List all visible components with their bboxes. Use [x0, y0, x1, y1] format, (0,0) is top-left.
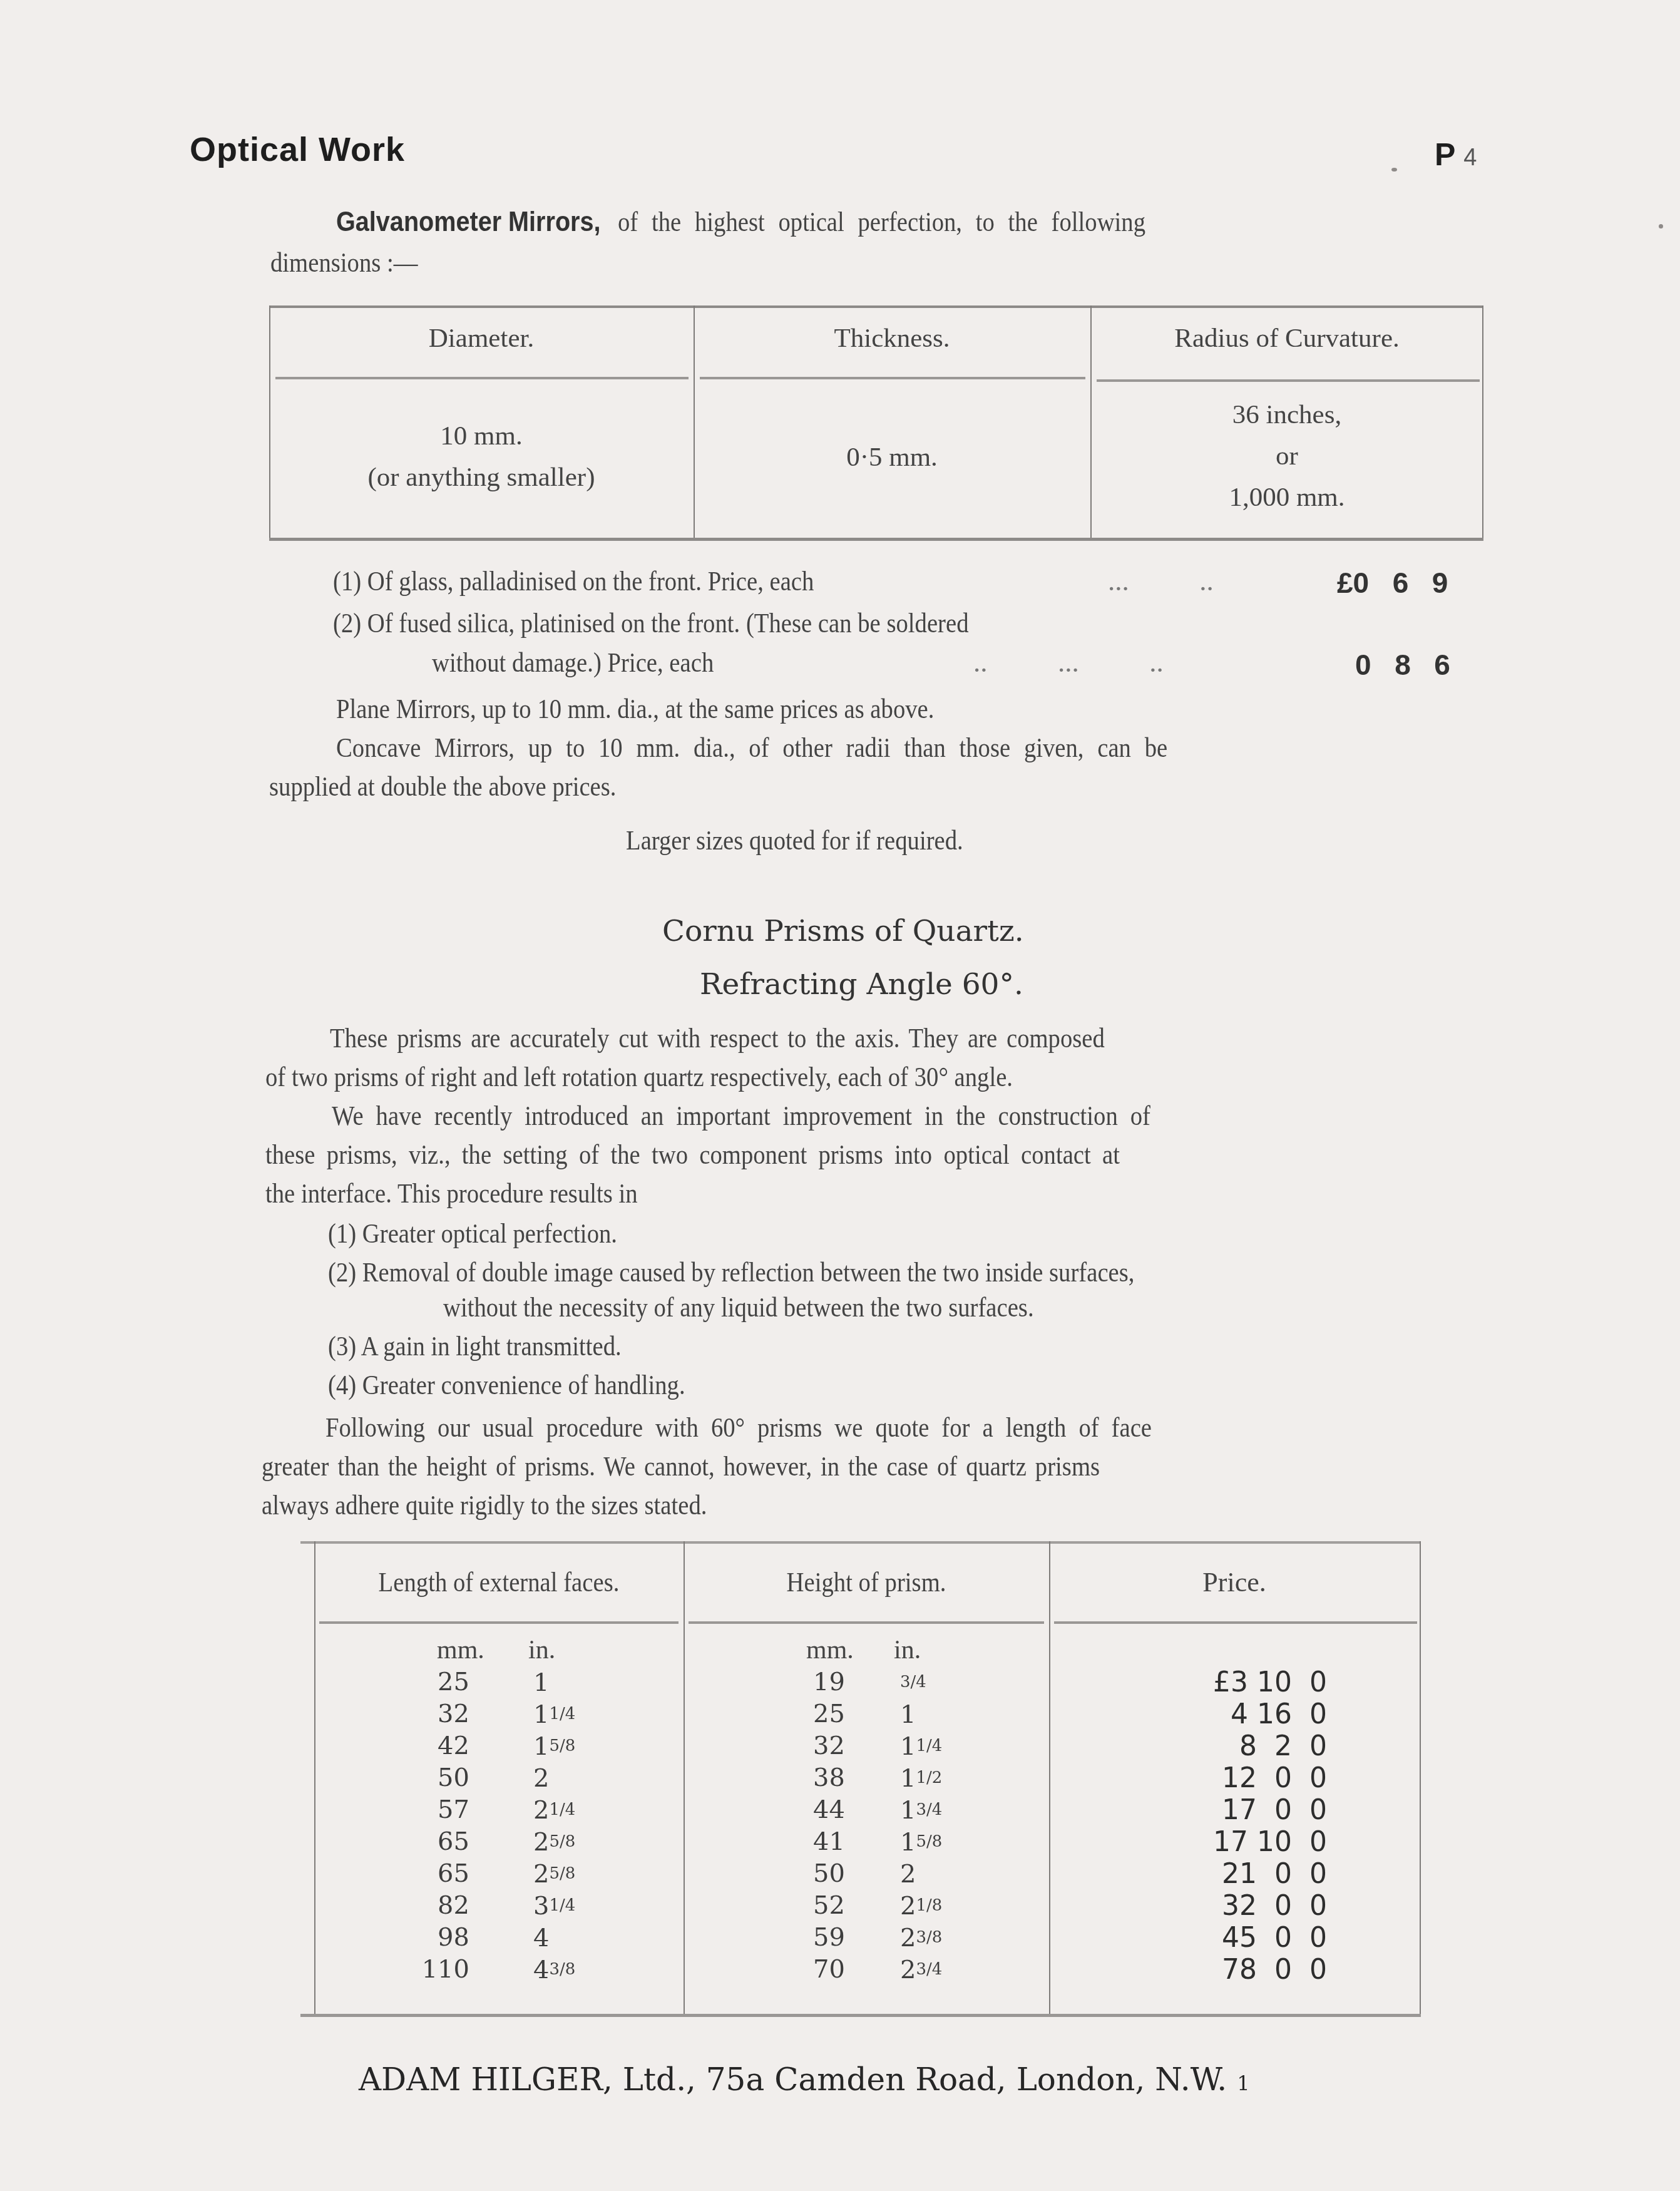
length-in-fraction: 1/4: [549, 1896, 575, 1915]
diameter-line: 10 mm.: [269, 416, 694, 457]
length-in-whole: 2: [533, 1764, 549, 1793]
radius-line: 1,000 mm.: [1090, 477, 1483, 518]
table-rule: [319, 1621, 679, 1624]
cornu-para1-line2: of two prisms of right and left rotation…: [265, 1063, 1013, 1091]
height-in: 23/4: [900, 1954, 950, 1986]
radius-value: 36 inches, or 1,000 mm.: [1090, 394, 1483, 518]
table-rule: [700, 377, 1085, 379]
length-in-fraction: 3/8: [549, 1960, 575, 1979]
length-mm: 42: [407, 1730, 469, 1762]
height-in: 11/2: [900, 1762, 950, 1795]
galvanometer-heading: Galvanometer Mirrors,: [336, 207, 601, 238]
cornu-subtitle: Refracting Angle 60°.: [700, 967, 1023, 1002]
cornu-para2-line3: the interface. This procedure results in: [265, 1179, 638, 1208]
length-in: 2: [533, 1762, 583, 1795]
radius-line: or: [1090, 436, 1483, 477]
item-silica-text: (2) Of fused silica, platinised on the f…: [333, 609, 969, 637]
length-mm: 25: [407, 1666, 469, 1698]
height-mm: 44: [782, 1794, 845, 1826]
length-in-whole: 1: [533, 1732, 549, 1761]
height-in: 1: [900, 1698, 950, 1731]
height-in: 2: [900, 1858, 950, 1891]
height-in: 13/4: [900, 1794, 950, 1827]
length-in-fraction: 5/8: [549, 1832, 575, 1851]
height-in: 15/8: [900, 1826, 950, 1859]
header-price: Price.: [1049, 1566, 1420, 1598]
height-in-whole: 1: [900, 1764, 916, 1793]
height-mm: 70: [782, 1954, 845, 1986]
publisher-footer: ADAM HILGER, Ltd., 75a Camden Road, Lond…: [359, 2061, 1250, 2098]
table-rule: [269, 305, 1483, 308]
length-in-fraction: 5/8: [549, 1864, 575, 1883]
item-glass-text: (1) Of glass, palladinised on the front.…: [333, 567, 814, 595]
result-item-4: (4) Greater convenience of handling.: [328, 1371, 685, 1399]
length-mm: 57: [407, 1794, 469, 1826]
height-in-fraction: 1/4: [916, 1737, 942, 1755]
length-in-whole: 2: [533, 1796, 549, 1825]
length-in: 31/4: [533, 1890, 583, 1922]
note-plane-mirrors: Plane Mirrors, up to 10 mm. dia., at the…: [336, 695, 934, 723]
height-mm: 52: [782, 1890, 845, 1922]
length-mm: 32: [407, 1698, 469, 1730]
table-rule: [1097, 379, 1480, 382]
table-rule: [314, 1541, 315, 2014]
table-rule: [300, 1541, 1421, 1544]
height-in-fraction: 3/4: [916, 1960, 942, 1979]
height-in: 3/4: [900, 1666, 950, 1699]
cornu-para2-line2: these prisms, viz., the setting of the t…: [265, 1141, 1120, 1169]
diameter-value: 10 mm. (or anything smaller): [269, 416, 694, 498]
length-in-fraction: 5/8: [549, 1737, 575, 1755]
length-in-fraction: 1/4: [549, 1705, 575, 1723]
height-in-whole: 2: [900, 1924, 916, 1952]
header-diameter: Diameter.: [269, 318, 694, 359]
length-in-whole: 2: [533, 1828, 549, 1857]
height-in-whole: 2: [900, 1892, 916, 1921]
price-value: 45 0 0: [1133, 1922, 1327, 1954]
height-in-fraction: 3/4: [900, 1673, 926, 1691]
print-speck: [1391, 168, 1397, 172]
result-item-1: (1) Greater optical perfection.: [328, 1219, 617, 1248]
height-in-fraction: 3/8: [916, 1928, 942, 1947]
note-concave-mirrors-cont: supplied at double the above prices.: [269, 772, 617, 801]
publisher-address: ADAM HILGER, Ltd., 75a Camden Road, Lond…: [359, 2061, 1227, 2098]
price-value: 8 2 0: [1133, 1730, 1327, 1762]
page-prefix: P: [1435, 137, 1455, 172]
length-in: 43/8: [533, 1954, 583, 1986]
header-thickness: Thickness.: [694, 318, 1090, 359]
length-in: 21/4: [533, 1794, 583, 1827]
length-in-whole: 2: [533, 1860, 549, 1889]
length-mm: 65: [407, 1826, 469, 1858]
mirror-dimensions-table: Diameter. Thickness. Radius of Curvature…: [269, 305, 1483, 541]
height-in-fraction: 1/2: [916, 1768, 942, 1787]
length-in: 15/8: [533, 1730, 583, 1763]
price-value: 4 16 0: [1133, 1698, 1327, 1730]
length-mm: 65: [407, 1858, 469, 1890]
cornu-title: Cornu Prisms of Quartz.: [662, 914, 1024, 948]
height-in-fraction: 5/8: [916, 1832, 942, 1851]
length-in: 25/8: [533, 1826, 583, 1859]
height-in-whole: 1: [900, 1700, 916, 1729]
table-rule: [684, 1541, 685, 2014]
table-rule: [1054, 1621, 1417, 1624]
print-speck: [1659, 224, 1663, 228]
result-item-2: (2) Removal of double image caused by re…: [328, 1258, 1134, 1286]
catalogue-page: Optical Work P 4 Galvanometer Mirrors, o…: [0, 0, 1680, 2191]
prism-price-table: Length of external faces. Height of pris…: [300, 1541, 1421, 2017]
price-value: 12 0 0: [1133, 1762, 1327, 1794]
height-mm: 59: [782, 1922, 845, 1954]
length-in-whole: 1: [533, 1668, 549, 1697]
unit-mm: mm.: [437, 1635, 484, 1665]
radius-line: 36 inches,: [1090, 394, 1483, 436]
length-in-whole: 4: [533, 1924, 549, 1952]
cornu-para2-line1: We have recently introduced an important…: [332, 1102, 1150, 1130]
galvanometer-lead-line2: dimensions :—: [270, 249, 417, 277]
page-number-value: 4: [1463, 145, 1477, 171]
item-silica-leaders: .. ... ..: [973, 649, 1164, 677]
section-title: Optical Work: [190, 130, 405, 169]
height-in-fraction: 1/8: [916, 1896, 942, 1915]
length-in: 4: [533, 1922, 583, 1954]
length-in: 1: [533, 1666, 583, 1699]
item-glass-leaders: ... ..: [1108, 567, 1214, 595]
header-radius: Radius of Curvature.: [1090, 318, 1483, 359]
unit-in: in.: [894, 1635, 921, 1665]
page-number: P 4: [1435, 136, 1477, 173]
price-value: 78 0 0: [1133, 1954, 1327, 1986]
length-mm: 110: [407, 1954, 469, 1986]
height-in: 21/8: [900, 1890, 950, 1922]
postal-district: 1: [1237, 2071, 1249, 2095]
length-in-whole: 1: [533, 1700, 549, 1729]
table-rule: [1049, 1541, 1050, 2014]
height-mm: 19: [782, 1666, 845, 1698]
table-rule: [269, 538, 1483, 541]
unit-in: in.: [528, 1635, 555, 1665]
length-in: 25/8: [533, 1858, 583, 1891]
table-rule: [1420, 1541, 1421, 2014]
height-mm: 25: [782, 1698, 845, 1730]
height-in-whole: 1: [900, 1796, 916, 1825]
note-concave-mirrors: Concave Mirrors, up to 10 mm. dia., of o…: [336, 734, 1167, 762]
height-mm: 50: [782, 1858, 845, 1890]
length-mm: 98: [407, 1922, 469, 1954]
height-in-fraction: 3/4: [916, 1800, 942, 1819]
height-mm: 41: [782, 1826, 845, 1858]
price-value: 17 0 0: [1133, 1794, 1327, 1826]
larger-sizes-note: Larger sizes quoted for if required.: [626, 826, 963, 854]
height-in-whole: 1: [900, 1828, 916, 1857]
table-rule: [300, 2014, 1421, 2017]
table-rule: [275, 377, 689, 379]
unit-mm: mm.: [806, 1635, 854, 1665]
price-value: 21 0 0: [1133, 1858, 1327, 1890]
cornu-para3-line1: Following our usual procedure with 60° p…: [325, 1414, 1152, 1442]
result-item-2-cont: without the necessity of any liquid betw…: [443, 1293, 1034, 1321]
height-in: 23/8: [900, 1922, 950, 1954]
height-mm: 38: [782, 1762, 845, 1794]
height-in-whole: 1: [900, 1732, 916, 1761]
header-length: Length of external faces.: [336, 1566, 661, 1598]
height-in-whole: 2: [900, 1956, 916, 1984]
result-item-3: (3) A gain in light transmitted.: [328, 1332, 622, 1360]
height-mm: 32: [782, 1730, 845, 1762]
table-rule: [689, 1621, 1044, 1624]
length-in-whole: 3: [533, 1892, 549, 1921]
cornu-para1-line1: These prisms are accurately cut with res…: [330, 1024, 1105, 1052]
length-in-whole: 4: [533, 1956, 549, 1984]
galvanometer-lead-text: of the highest optical perfection, to th…: [618, 208, 1145, 236]
price-value: 32 0 0: [1133, 1890, 1327, 1922]
price-value: 17 10 0: [1133, 1826, 1327, 1858]
height-in: 11/4: [900, 1730, 950, 1763]
galvanometer-intro: Galvanometer Mirrors, of the highest opt…: [336, 207, 1231, 238]
item-glass-price: £0 6 9: [1337, 566, 1448, 600]
length-mm: 50: [407, 1762, 469, 1794]
header-height: Height of prism.: [705, 1566, 1027, 1598]
item-silica-price: 0 8 6: [1355, 648, 1450, 682]
cornu-para3-line2: greater than the height of prisms. We ca…: [262, 1452, 1100, 1480]
length-in: 11/4: [533, 1698, 583, 1731]
price-value: £3 10 0: [1133, 1666, 1327, 1698]
height-in-whole: 2: [900, 1860, 916, 1889]
diameter-note: (or anything smaller): [269, 457, 694, 498]
item-silica-text-cont: without damage.) Price, each: [432, 649, 714, 677]
cornu-para3-line3: always adhere quite rigidly to the sizes…: [262, 1491, 707, 1519]
thickness-value: 0·5 mm.: [694, 437, 1090, 478]
length-in-fraction: 1/4: [549, 1800, 575, 1819]
length-mm: 82: [407, 1890, 469, 1922]
